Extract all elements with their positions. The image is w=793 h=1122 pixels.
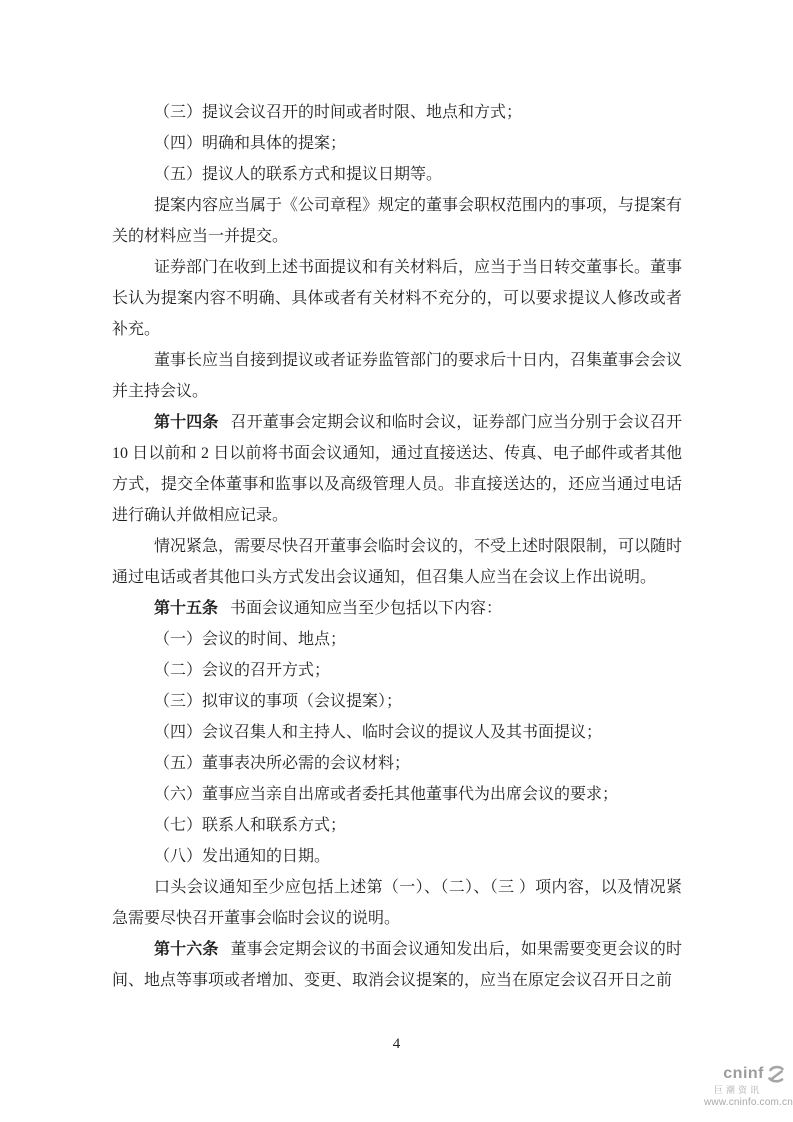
paragraph-text: 证券部门在收到上述书面提议和有关材料后，应当于当日转交董事长。董事长认为提案内容… — [112, 259, 682, 338]
paragraph: 提案内容应当属于《公司章程》规定的董事会职权范围内的事项，与提案有关的材料应当一… — [112, 190, 682, 252]
logo-brand-row: cninf — [704, 1063, 786, 1085]
list-item: （二）会议的召开方式； — [112, 655, 682, 686]
paragraph-text: （四）明确和具体的提案； — [154, 135, 346, 152]
paragraph: （三）提议会议召开的时间或者时限、地点和方式； — [112, 97, 682, 128]
paragraph: （五）提议人的联系方式和提议日期等。 — [112, 159, 682, 190]
list-item: （六）董事应当亲自出席或者委托其他董事代为出席会议的要求； — [112, 779, 682, 810]
page-number: 4 — [0, 1034, 793, 1054]
paragraph-text: （四）会议召集人和主持人、临时会议的提议人及其书面提议； — [154, 724, 602, 741]
paragraph: （四）明确和具体的提案； — [112, 128, 682, 159]
paragraph-text: 口头会议通知至少应包括上述第（一）、（二）、（三 ）项内容，以及情况紧急需要尽快… — [112, 879, 682, 927]
paragraph-article-16: 第十六条董事会定期会议的书面会议通知发出后，如果需要变更会议的时间、地点等事项或… — [112, 934, 682, 996]
list-item: （七）联系人和联系方式； — [112, 810, 682, 841]
paragraph-text: （八）发出通知的日期。 — [154, 848, 330, 865]
paragraph-article-15: 第十五条书面会议通知应当至少包括以下内容： — [112, 593, 682, 624]
list-item: （八）发出通知的日期。 — [112, 841, 682, 872]
logo-url: www.cninfo.com.cn — [704, 1096, 786, 1109]
list-item: （四）会议召集人和主持人、临时会议的提议人及其书面提议； — [112, 717, 682, 748]
list-item: （三）拟审议的事项（会议提案）； — [112, 686, 682, 717]
paragraph-article-14: 第十四条召开董事会定期会议和临时会议，证券部门应当分别于会议召开 10 日以前和… — [112, 407, 682, 531]
cninfo-logo: cninf 巨潮资讯 www.cninfo.com.cn — [704, 1063, 786, 1109]
paragraph-text: 董事长应当自接到提议或者证券监管部门的要求后十日内，召集董事会会议并主持会议。 — [112, 352, 682, 400]
paragraph-text: 提案内容应当属于《公司章程》规定的董事会职权范围内的事项，与提案有关的材料应当一… — [112, 197, 682, 245]
swirl-icon — [766, 1064, 786, 1084]
paragraph-text: 书面会议通知应当至少包括以下内容： — [230, 600, 502, 617]
article-number: 第十五条 — [154, 600, 218, 617]
paragraph: 证券部门在收到上述书面提议和有关材料后，应当于当日转交董事长。董事长认为提案内容… — [112, 252, 682, 345]
logo-chinese-name: 巨潮资讯 — [704, 1085, 772, 1096]
document-body: （三）提议会议召开的时间或者时限、地点和方式； （四）明确和具体的提案； （五）… — [112, 97, 682, 996]
paragraph-text: （五）提议人的联系方式和提议日期等。 — [154, 166, 442, 183]
paragraph-text: （七）联系人和联系方式； — [154, 817, 346, 834]
paragraph-text: （三）拟审议的事项（会议提案）； — [154, 693, 402, 710]
paragraph-text: （二）会议的召开方式； — [154, 662, 330, 679]
list-item: （五）董事表决所必需的会议材料； — [112, 748, 682, 779]
paragraph: 董事长应当自接到提议或者证券监管部门的要求后十日内，召集董事会会议并主持会议。 — [112, 345, 682, 407]
paragraph: 情况紧急，需要尽快召开董事会临时会议的，不受上述时限限制，可以随时通过电话或者其… — [112, 531, 682, 593]
list-item: （一）会议的时间、地点； — [112, 624, 682, 655]
logo-brand-text: cninf — [723, 1065, 764, 1083]
paragraph-text: （六）董事应当亲自出席或者委托其他董事代为出席会议的要求； — [154, 786, 618, 803]
document-page: （三）提议会议召开的时间或者时限、地点和方式； （四）明确和具体的提案； （五）… — [0, 0, 793, 1122]
paragraph-text: 情况紧急，需要尽快召开董事会临时会议的，不受上述时限限制，可以随时通过电话或者其… — [112, 538, 682, 586]
paragraph-text: （三）提议会议召开的时间或者时限、地点和方式； — [154, 104, 522, 121]
paragraph: 口头会议通知至少应包括上述第（一）、（二）、（三 ）项内容，以及情况紧急需要尽快… — [112, 872, 682, 934]
article-number: 第十六条 — [154, 941, 219, 958]
paragraph-text: （一）会议的时间、地点； — [154, 631, 346, 648]
article-number: 第十四条 — [154, 414, 219, 431]
paragraph-text: （五）董事表决所必需的会议材料； — [154, 755, 410, 772]
